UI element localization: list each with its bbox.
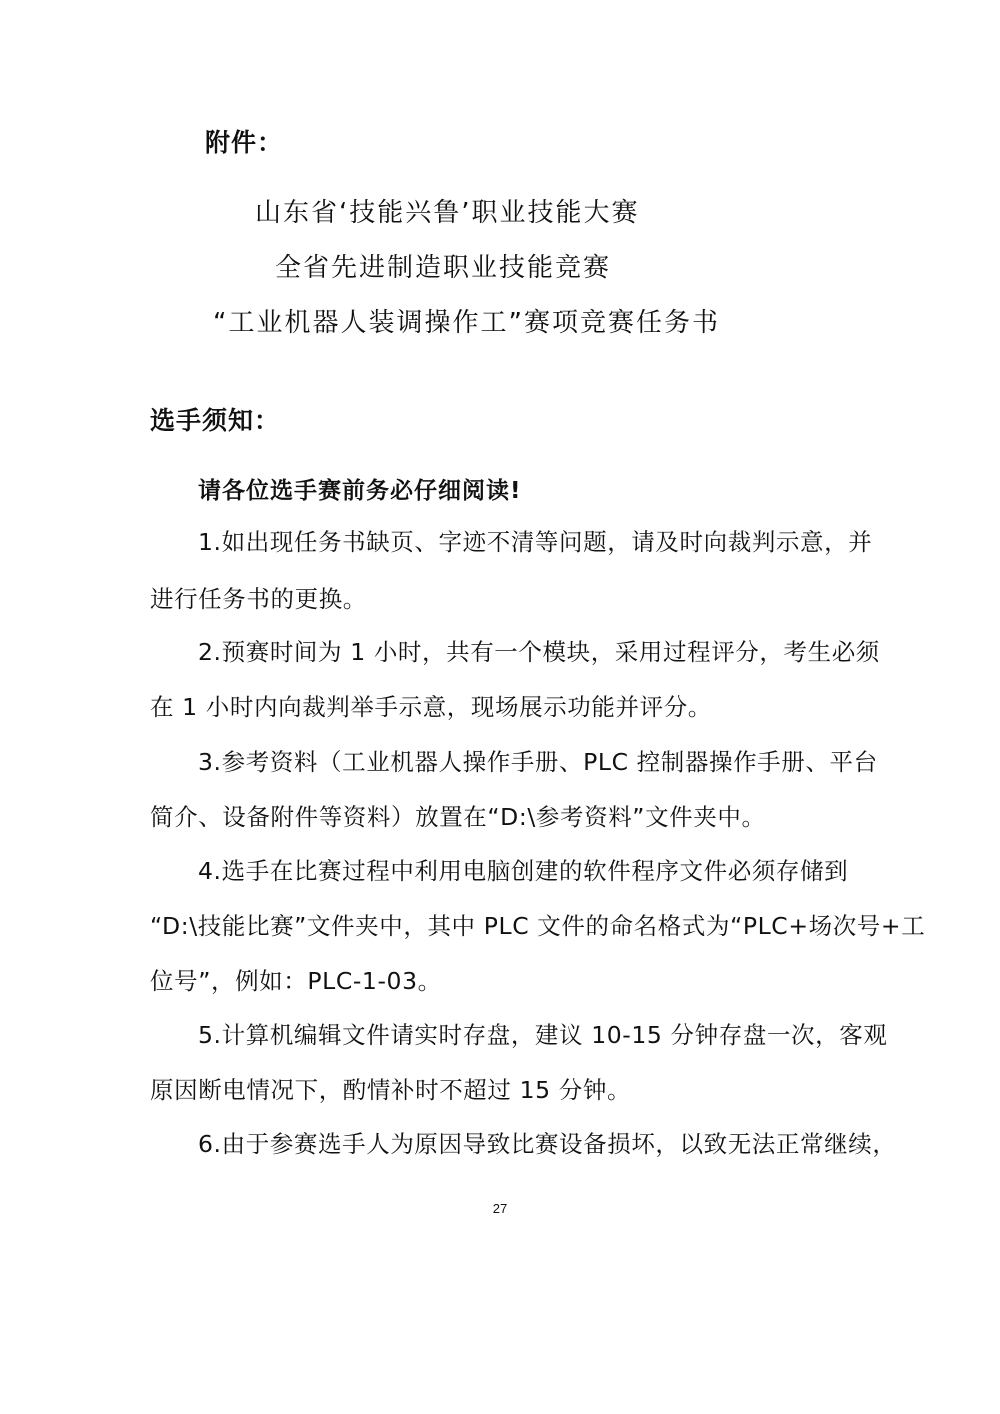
attachment-label: 附件： [205,128,283,158]
notice-intro: 请各位选手赛前务必仔细阅读! [198,476,522,506]
notice-item-5-line-1: 5.计算机编辑文件请实时存盘，建议 10-15 分钟存盘一次，客观 [198,1020,887,1050]
notice-item-1-line-1: 1.如出现任务书缺页、字迹不清等问题，请及时向裁判示意，并 [198,527,872,557]
notice-item-4-line-1: 4.选手在比赛过程中利用电脑创建的软件程序文件必须存储到 [198,856,848,886]
document-page: 附件： 山东省‘技能兴鲁’职业技能大赛 全省先进制造职业技能竞赛 “工业机器人装… [0,0,1000,1414]
notice-item-4-line-2: “D:\技能比赛”文件夹中，其中 PLC 文件的命名格式为“PLC+场次号+工 [150,911,925,941]
notice-item-2-line-1: 2.预赛时间为 1 小时，共有一个模块，采用过程评分，考生必须 [198,637,880,667]
page-number: 27 [0,1201,1000,1216]
notice-item-4-line-3: 位号”，例如：PLC-1-03。 [150,966,442,996]
notice-item-6-line-1: 6.由于参赛选手人为原因导致比赛设备损坏，以致无法正常继续， [198,1129,896,1159]
notice-heading: 选手须知： [150,406,280,436]
document-title-line-1: 山东省‘技能兴鲁’职业技能大赛 [255,198,640,228]
document-title-line-2: 全省先进制造职业技能竞赛 [275,253,611,283]
notice-item-3-line-1: 3.参考资料（工业机器人操作手册、PLC 控制器操作手册、平台 [198,747,878,777]
notice-item-3-line-2: 简介、设备附件等资料）放置在“D:\参考资料”文件夹中。 [150,802,766,832]
notice-item-1-line-2: 进行任务书的更换。 [150,584,367,614]
notice-item-5-line-2: 原因断电情况下，酌情补时不超过 15 分钟。 [150,1075,631,1105]
document-title-line-3: “工业机器人装调操作工”赛项竞赛任务书 [213,308,720,338]
notice-item-2-line-2: 在 1 小时内向裁判举手示意，现场展示功能并评分。 [150,692,712,722]
